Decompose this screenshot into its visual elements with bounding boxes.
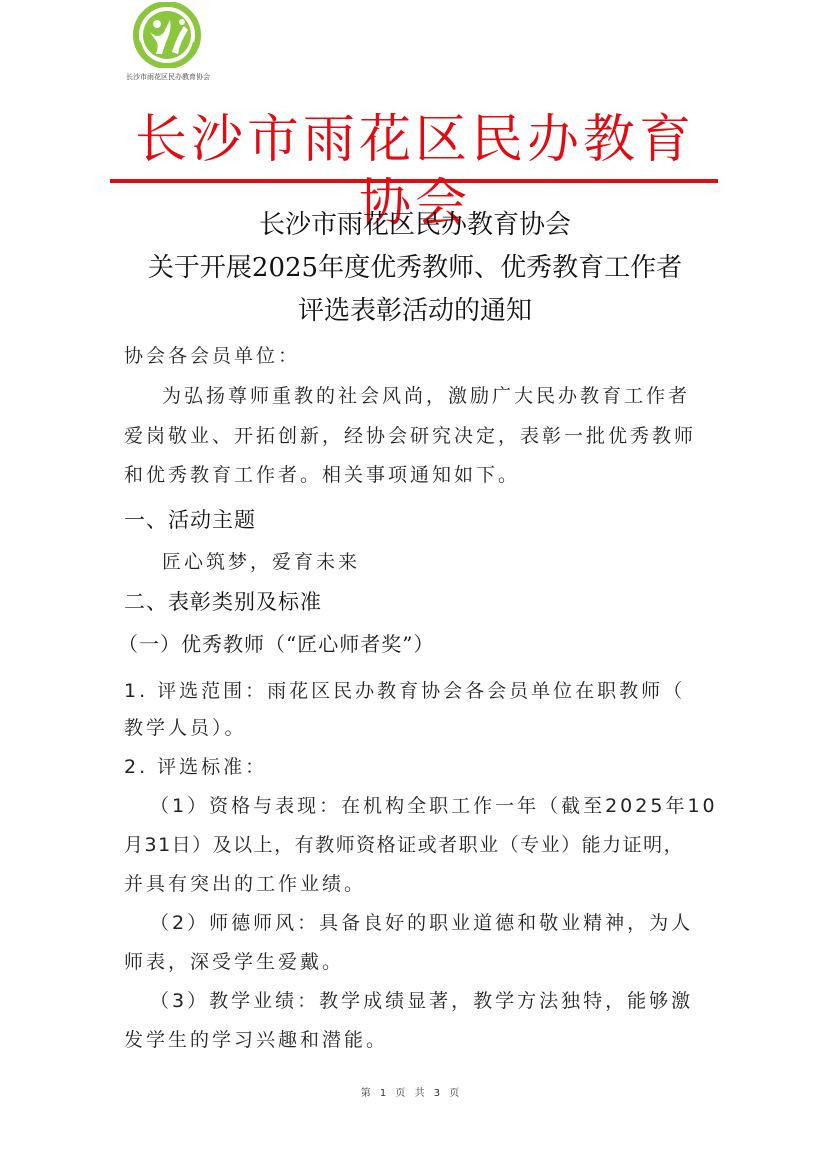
logo-caption-cn: 长沙市雨花区民办教育协会 [126, 73, 210, 81]
association-emblem-icon [128, 2, 206, 68]
intro-line: 和优秀教育工作者。相关事项通知如下。 [124, 462, 724, 488]
section-heading-1: 一、活动主题 [124, 507, 724, 533]
criteria-line: 月31日）及以上，有教师资格证或者职业（专业）能力证明， [124, 832, 724, 858]
criteria-line: （3）教学业绩：教学成绩显著，教学方法独特，能够激 [150, 988, 750, 1014]
criteria-line: 并具有突出的工作业绩。 [124, 871, 724, 897]
criteria-line: （1）资格与表现：在机构全职工作一年（截至2025年10 [150, 793, 750, 819]
list-item: 教学人员）。 [124, 715, 724, 741]
salutation: 协会各会员单位： [124, 343, 724, 369]
page-number: 第 1 页 共 3 页 [330, 1084, 490, 1099]
subsection-heading: （一）优秀教师（“匠心师者奖”） [118, 631, 718, 657]
intro-line: 为弘扬尊师重教的社会风尚，激励广大民办教育工作者 [162, 383, 762, 409]
notice-title-line-1: 长沙市雨花区民办教育协会 [100, 208, 730, 242]
logo-caption-en [126, 81, 236, 86]
red-divider [110, 179, 718, 183]
logo-caption: 长沙市雨花区民办教育协会 [126, 73, 236, 86]
list-item: 2. 评选标准： [124, 754, 724, 780]
criteria-line: 发学生的学习兴趣和潜能。 [124, 1027, 724, 1053]
criteria-line: 师表，深受学生爱戴。 [124, 949, 724, 975]
notice-title-line-2: 关于开展2025年度优秀教师、优秀教育工作者 [100, 251, 730, 285]
intro-line: 爱岗敬业、开拓创新，经协会研究决定，表彰一批优秀教师 [124, 423, 724, 449]
section-heading-2: 二、表彰类别及标准 [124, 589, 724, 615]
criteria-line: （2）师德师风：具备良好的职业道德和敬业精神，为人 [150, 910, 750, 936]
notice-title-line-3: 评选表彰活动的通知 [100, 294, 730, 328]
section1-content: 匠心筑梦，爱育未来 [162, 549, 762, 575]
list-item: 1. 评选范围：雨花区民办教育协会各会员单位在职教师（ [124, 678, 724, 704]
